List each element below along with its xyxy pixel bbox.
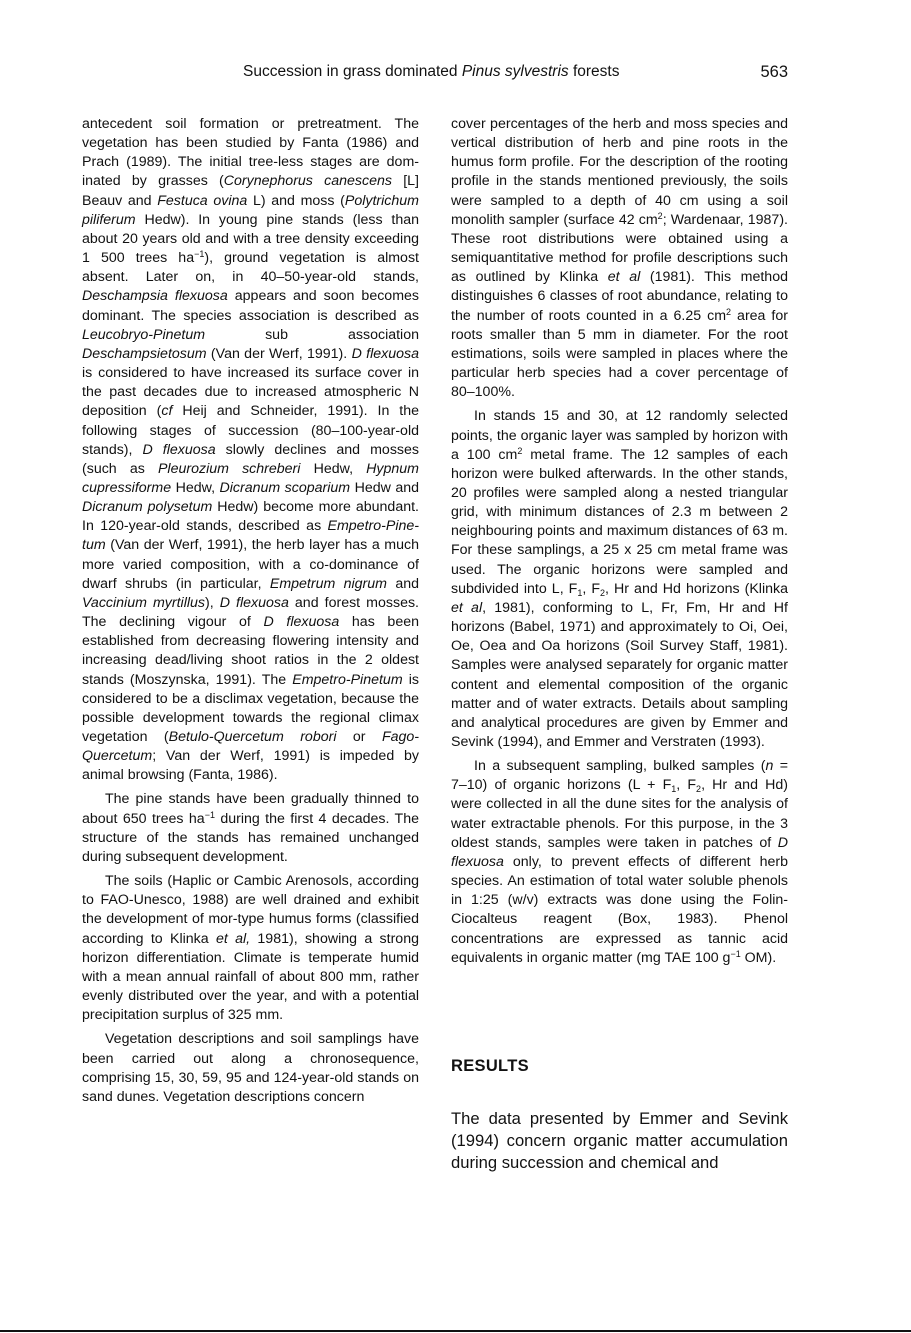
paragraph-organic-sampling: In stands 15 and 30, at 12 randomly sele… xyxy=(451,407,788,752)
paragraph-soils-climate: The soils (Haplic or Cambic Arenosols, a… xyxy=(82,872,419,1025)
paragraph-vegetation-history: antecedent soil formation or pretreatmen… xyxy=(82,115,419,785)
paragraph-phenol-analysis: In a subsequent sampling, bulked samples… xyxy=(451,757,788,968)
paragraph-chronosequence: Vegetation descriptions and soil samplin… xyxy=(82,1030,419,1107)
right-column: cover percentages of the herb and moss s… xyxy=(451,115,788,973)
running-title: Succession in grass dominated Pinus sylv… xyxy=(243,62,619,82)
paragraph-results-intro: The data presented by Emmer and Sevink (… xyxy=(451,1108,788,1174)
page-number: 563 xyxy=(760,62,788,82)
section-heading-results: RESULTS xyxy=(451,1057,529,1076)
left-column: antecedent soil formation or pretreatmen… xyxy=(82,115,419,1112)
page-bottom-rule xyxy=(0,1330,911,1332)
paragraph-root-distribution: cover percentages of the herb and moss s… xyxy=(451,115,788,402)
paragraph-stand-thinning: The pine stands have been gradually thin… xyxy=(82,790,419,867)
